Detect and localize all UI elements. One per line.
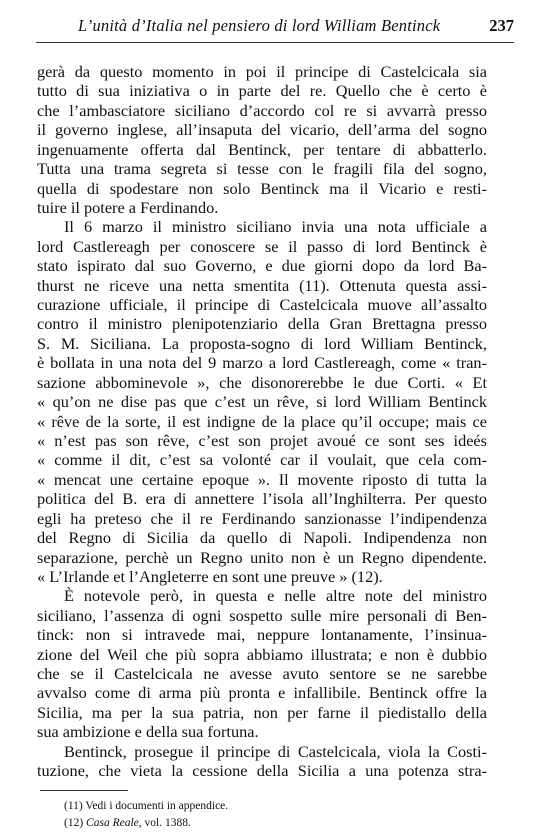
text-line: « n’est pas son rêve, c’est son projet a… bbox=[37, 431, 487, 450]
footnote-text: Vedi i documenti in appendice. bbox=[85, 800, 228, 812]
text-line: « L’Irlande et l’Angleterre en sont une … bbox=[37, 567, 487, 586]
running-header: L’unità d’Italia nel pensiero di lord Wi… bbox=[36, 16, 514, 38]
text-line: « mencat une certaine epoque ». Il moven… bbox=[37, 470, 487, 489]
footnote-citation-italic: Casa Reale bbox=[86, 817, 139, 829]
text-line: « comme il dit, c’est sa volonté car il … bbox=[37, 450, 487, 469]
text-line: « rêve de la sorte, il est indigne de la… bbox=[37, 412, 487, 431]
text-line: che se il Castelcicala ne avesse avuto s… bbox=[37, 664, 487, 683]
text-line: tuzione, che vieta la cessione della Sic… bbox=[37, 761, 487, 780]
text-line: « qu’on ne dise pas que c’est un rêve, s… bbox=[37, 392, 487, 411]
text-line: S. M. Siciliana. La proposta-sogno di lo… bbox=[37, 334, 487, 353]
text-line: tinck: non si intravede mai, neppure lon… bbox=[37, 625, 487, 644]
footnote-marker: (11) bbox=[64, 800, 83, 812]
page-number: 237 bbox=[489, 16, 514, 36]
text-line: è bollata in una nota del 9 marzo a lord… bbox=[37, 353, 487, 372]
text-line: il governo inglese, all’insaputa del vic… bbox=[37, 120, 487, 139]
text-line: tuire il potere a Ferdinando. bbox=[37, 198, 487, 217]
text-line: Il 6 marzo il ministro siciliano invia u… bbox=[37, 217, 487, 236]
text-line: Tutta una trama segreta si tesse con le … bbox=[37, 159, 487, 178]
text-line: tutto di sua iniziativa o in parte del r… bbox=[37, 81, 487, 100]
text-line: politica del B. era di annettere l’isola… bbox=[37, 489, 487, 508]
text-line: sazione abbominevole », che disonorerebb… bbox=[37, 373, 487, 392]
text-line: lord Castlereagh per conoscere se il pas… bbox=[37, 237, 487, 256]
text-line: quella di spodestare non solo Bentinck m… bbox=[37, 179, 487, 198]
running-title: L’unità d’Italia nel pensiero di lord Wi… bbox=[78, 16, 440, 36]
text-line: avvalso come di arma più pronta e infall… bbox=[37, 683, 487, 702]
text-line: separazione, perchè un Regno unito non è… bbox=[37, 548, 487, 567]
text-line: stato ispirato dal suo Governo, e due gi… bbox=[37, 256, 487, 275]
footnote-12: (12) Casa Reale, vol. 1388. bbox=[64, 817, 191, 829]
text-line: ingenuamente offerta dal Bentinck, per t… bbox=[37, 140, 487, 159]
footnote-marker: (12) bbox=[64, 817, 83, 829]
text-line: egli ha preteso che il re Ferdinando san… bbox=[37, 509, 487, 528]
text-line: sua ambizione e della sua fortuna. bbox=[37, 722, 487, 741]
footnote-11: (11) Vedi i documenti in appendice. bbox=[64, 800, 228, 812]
text-line: Sicilia, ma per la sua patria, non per f… bbox=[37, 703, 487, 722]
text-line: thurst ne riceve una netta smentita (11)… bbox=[37, 276, 487, 295]
text-line: contro il ministro plenipotenziario dell… bbox=[37, 314, 487, 333]
text-line: del Regno di Sicilia da quello di Napoli… bbox=[37, 528, 487, 547]
text-line: gerà da questo momento in poi il princip… bbox=[37, 62, 487, 81]
text-line: che l’ambasciatore siciliano d’accordo c… bbox=[37, 101, 487, 120]
text-line: zione del Weil che più sopra abbiamo ill… bbox=[37, 645, 487, 664]
header-rule bbox=[36, 42, 514, 43]
footnote-rule bbox=[40, 790, 128, 791]
text-line: curazione ufficiale, il principe di Cast… bbox=[37, 295, 487, 314]
text-line: Bentinck, prosegue il principe di Castel… bbox=[37, 742, 487, 761]
text-line: È notevole però, in questa e nelle altre… bbox=[37, 586, 487, 605]
footnote-text: , vol. 1388. bbox=[139, 817, 191, 829]
text-line: siciliano, l’assenza di ogni sospetto su… bbox=[37, 606, 487, 625]
